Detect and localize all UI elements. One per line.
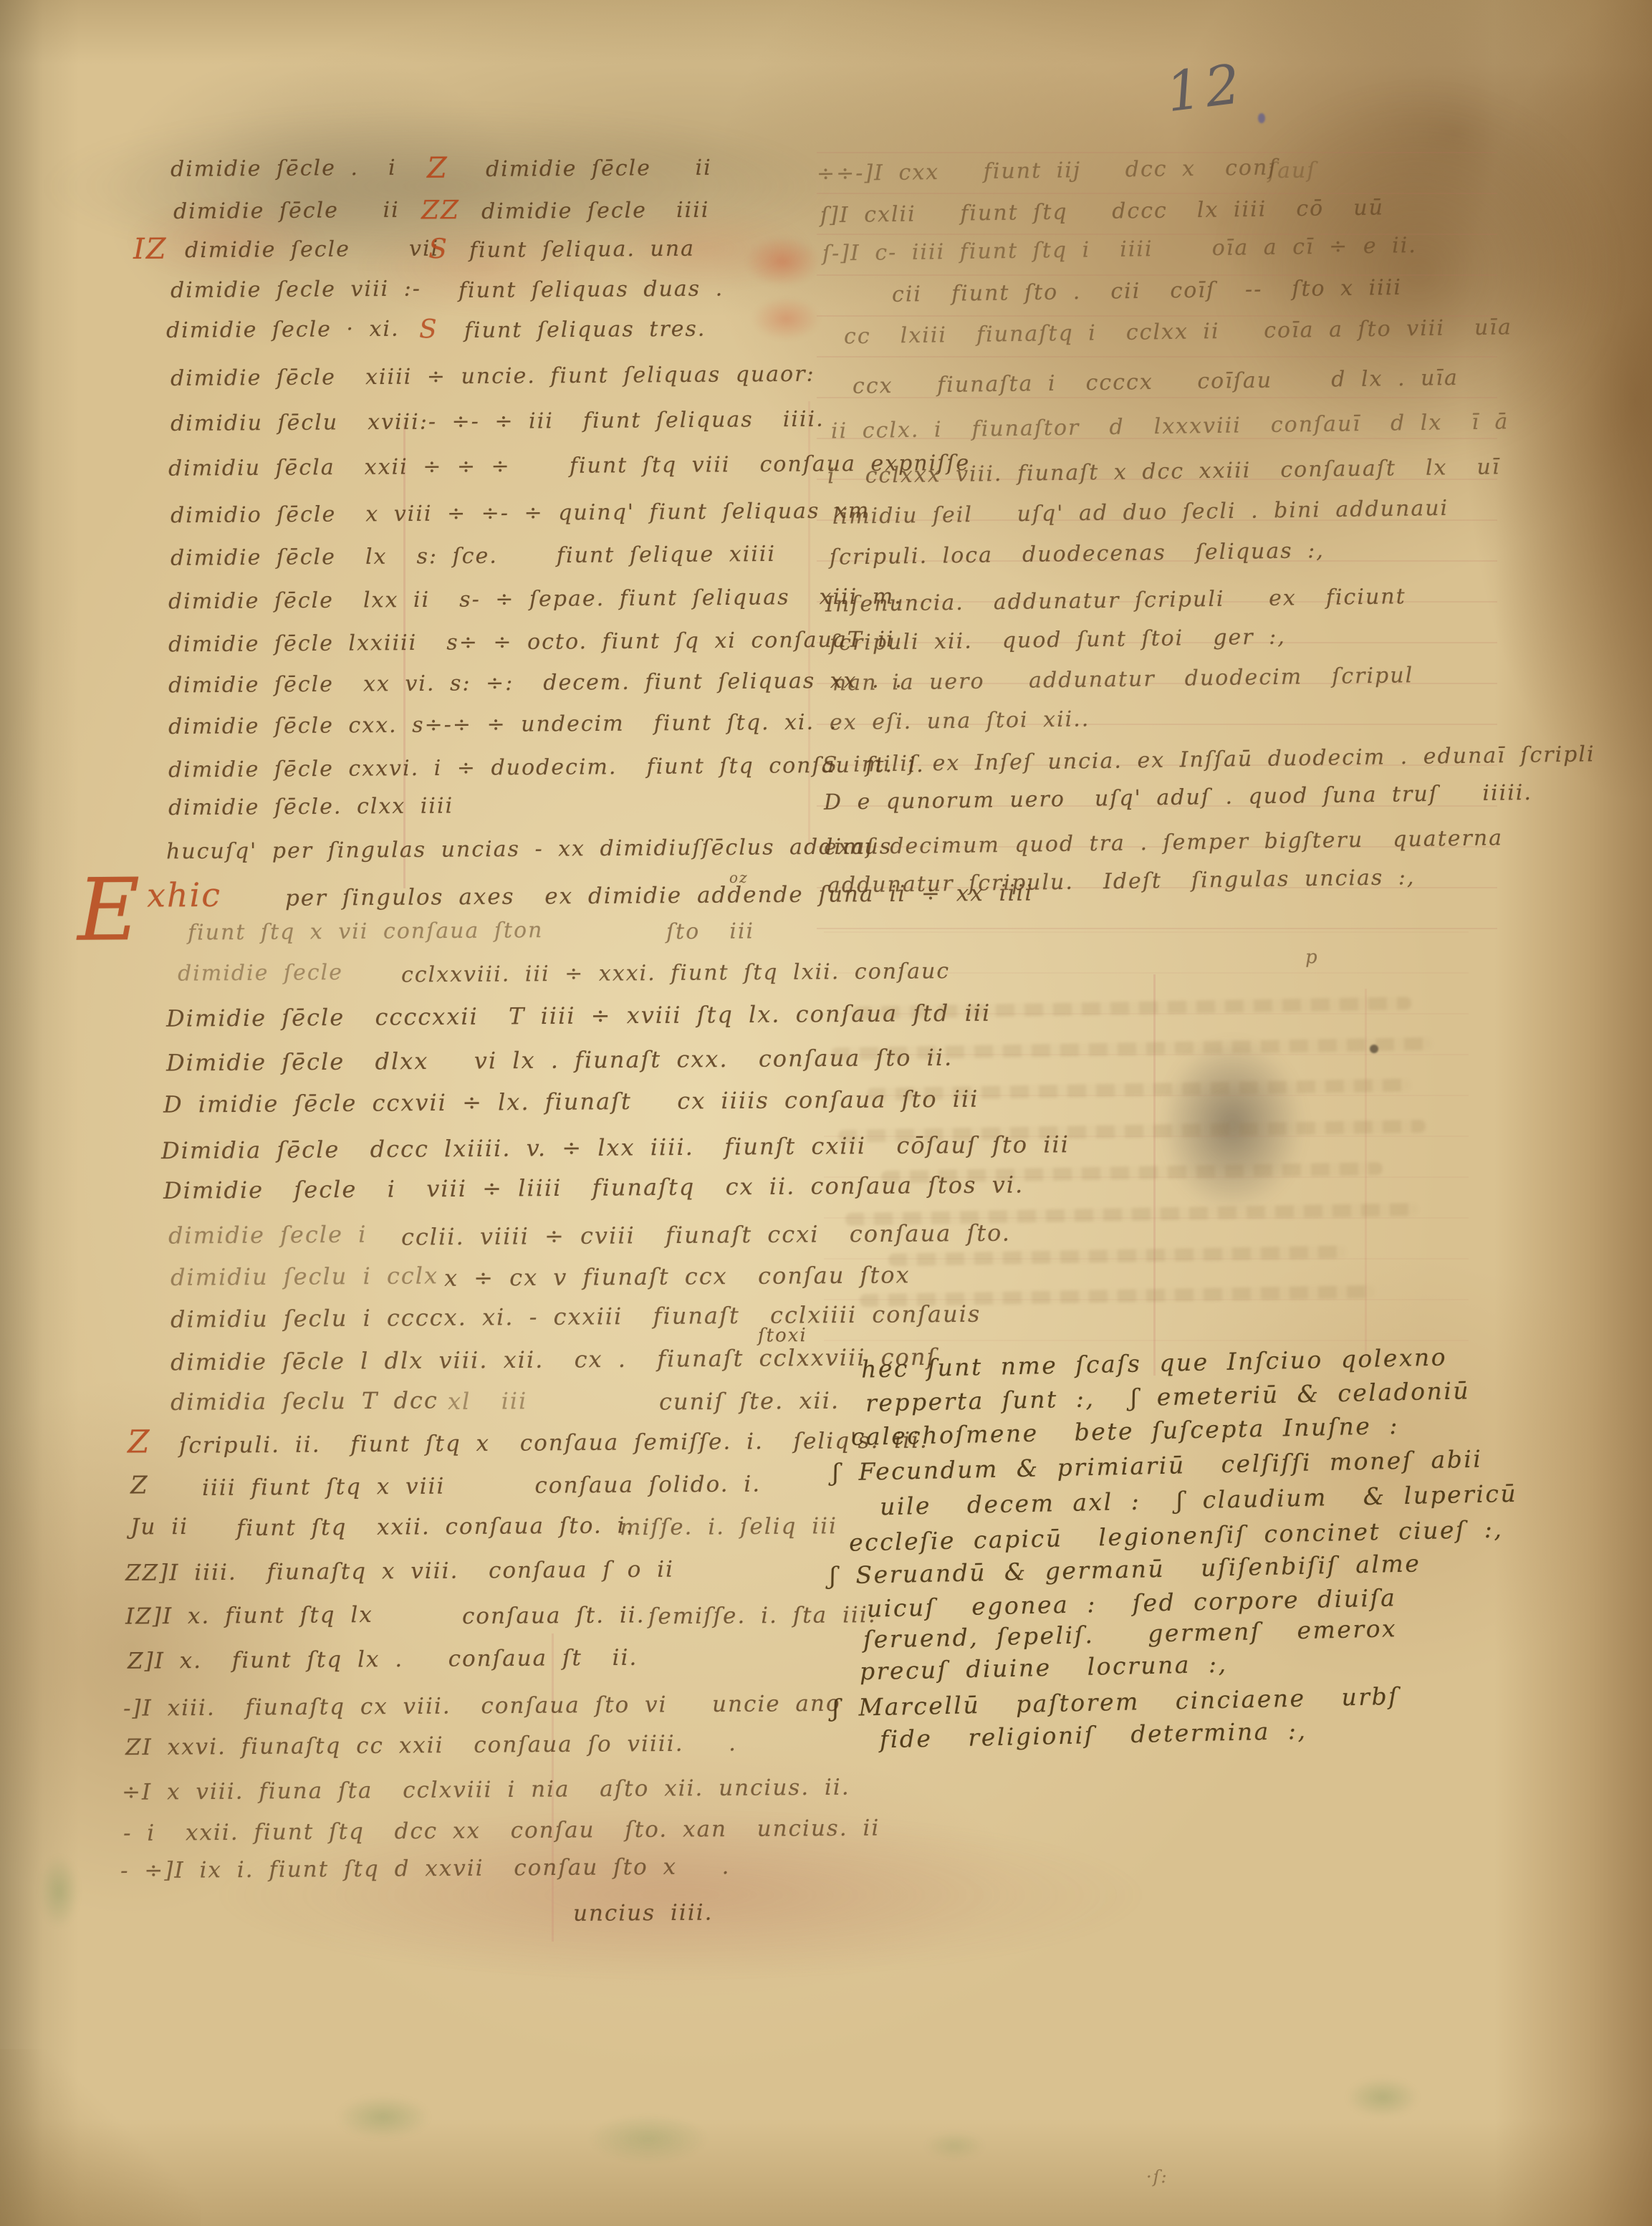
left-column-segment: ſcripuli. ii. fiunt ſtq x conſaua ſemiſſ… [179,1429,928,1458]
left-column-segment: D imidie ſēcle ccxvii ÷ lx. fiunaſt cx i… [163,1087,979,1118]
red-showthrough-mark [752,297,820,340]
right-column-segment: ſcripuli xii. quod ſunt ſtoi ger :, [830,625,1286,655]
right-column-segment: cc lxiii fiunaſtq i cclxx ii coīa a ſto … [844,315,1512,348]
bottom-right-paragraph-segment: repperta ſunt :, ʃ emeteriū & celadoniū [865,1378,1471,1416]
green-smudge [924,2131,985,2160]
left-column-segment: ZI xxvi. fiunaſtq cc xxii conſaua ſo vii… [125,1731,737,1760]
right-column-segment: ſ]I cxlii fiunt ſtq dccc lx iiii cō uū [820,196,1384,227]
left-column-segment: Dimidie ſēcle dlxx vi lx . fiunaſt cxx. … [166,1045,953,1076]
left-column-segment: dimidie ſecle vii [185,237,439,262]
folio-number: 12 [1163,52,1248,125]
right-column-segment: limidiu ſeil uſq' ad duo ſecli . bini ad… [832,496,1449,529]
left-column-segment: fiunt ſeliqua. una [469,237,695,262]
stain-top-right [1218,86,1619,459]
left-column-segment: Z [130,1472,149,1500]
left-column-segment: dimidie ſēcle . i [171,156,397,181]
left-column-segment: dimidie ſēcle ii [486,156,712,181]
left-column-segment: xhic [147,877,221,913]
left-column-segment: oz [729,870,749,886]
bottom-right-paragraph-segment: calechoſmene bete ſuſcepta Inuſne : [851,1413,1400,1450]
right-column-segment: ccx fiunaſta i ccccx coīſau d lx . uīa [853,366,1459,398]
left-column-segment: Z]I x. fiunt ſtq lx . conſaua ſt ii. [128,1646,638,1674]
blue-ink-dot [1258,113,1265,123]
left-column-segment: Z [427,153,448,184]
right-column-segment: ii cclx. i fiunaſtor d lxxxviii conſauī … [831,410,1509,443]
left-column-segment: dimidie ſēcle lx s: ſce. fiunt ſelique x… [171,542,776,570]
left-column-segment: fiunt ſeliquas tres. [464,317,706,342]
right-column-segment: Inſenuncia. addunatur ſcripuli ex ficiun… [825,585,1406,616]
left-column-segment: dimidie ſēcle lxx ii s- ÷ ſepae. fiunt ſ… [168,585,903,613]
left-column-segment: dimidie ſecle iiii [481,198,710,224]
left-column-segment: ſemiſſe. i. ſta iii. [648,1603,877,1628]
left-column-segment: Dimidie ſecle i viii ÷ liiii fiunaſtq cx… [163,1172,1024,1204]
right-column-segment: ſ-]I c- iiii fiunt ſtq i iiii oīa a cī ÷… [822,234,1417,266]
left-column-segment: ſtoxi [758,1325,807,1346]
bottom-right-paragraph-segment: uile decem axl : ʃ claudium & lupericū [880,1481,1518,1520]
left-column-segment: ÷I x viii. fiuna ſta cclxviii i nia aſto… [122,1775,850,1805]
right-column-segment: ÷÷-]I cxx fiunt iij dcc x conſ [817,155,1278,186]
manuscript-page: 12 dimidie ſēcle . iZdimidie ſēcle iidim… [0,0,1652,2226]
ruling-vertical-line [1153,974,1156,1376]
left-column-segment: IZ]I x. fiunt ſtq lx [125,1603,373,1629]
left-column-segment: S [428,234,448,264]
left-column-segment: dimidie ſēcle lxxiiii s÷ ÷ octo. fiunt ſ… [168,628,895,656]
right-column-segment: p [1305,947,1319,968]
ghost-text-line [888,1245,1347,1266]
left-column-segment: dimidie ſēcle cxxvi. i ÷ duodecim. fiunt… [168,753,925,782]
left-column-segment: S [419,315,438,344]
right-column-segment: ex eſi. una ſtoi xii.. [830,707,1090,734]
left-column-segment: dimidiu ſēclu xviii:- ÷- ÷ iii fiunt ſel… [171,408,825,436]
left-column-segment: iiii fiunt ſtq x viii conſaua ſolido. i. [202,1472,761,1501]
left-column-segment: x ÷ cx v fiunaſt ccx conſau ſtox [444,1262,911,1291]
right-column-segment: nan ia uero addunatur duodecim ſcripul [832,663,1414,695]
green-smudge [587,2114,709,2164]
left-column-segment: dimidie ſēcle ii [173,198,400,224]
left-column-segment: fiunt ſtq x vii conſaua ſton [188,918,544,944]
right-column-segment: cii fiunt ſto . cii coīſ -- ſto x iiii [892,276,1402,307]
left-column-segment: dimidie ſecle [178,961,343,986]
green-smudge [39,1856,79,1927]
left-column-segment: IZ [133,234,168,265]
left-column-segment: ZZ [421,196,460,225]
left-column-segment: - ÷]I ix i. fiunt ſtq d xxvii conſau ſto… [120,1854,731,1883]
left-column-segment: dimidie ſecle viii :- [171,277,421,302]
ruling-vertical-line [1365,989,1367,1361]
left-column-segment: miſſe. i. ſeliq iii [620,1514,837,1540]
dark-speck [1370,1045,1378,1053]
left-column-segment: hucuſq' per ſingulas uncias - xx dimidiu… [166,835,892,863]
left-column-segment: -]I xiii. fiunaſtq cx viii. conſaua ſto … [123,1692,841,1721]
left-column-segment: E [77,863,143,959]
left-column-segment: Z [128,1425,151,1460]
corner-crease [0,2049,201,2226]
left-column-segment: dimidie ſēcle l dlx viii. xii. cx . fiun… [171,1345,937,1376]
left-column-segment: dimidia ſeclu T dcc [171,1388,438,1415]
left-column-segment: dimidie ſecle i [168,1222,368,1249]
green-smudge [1347,2078,1418,2117]
left-column-segment: cclxxviii. iii ÷ xxxi. fiunt ſtq lxii. c… [401,959,950,987]
left-column-segment: dimidiu ſeclu i ccccx. xi. - cxxiii fiun… [171,1302,981,1333]
bottom-right-paragraph-segment: ʃ Marcellū paſtorem cinciaene urbſ [832,1684,1400,1722]
left-column-segment: fiunt ſtq xxii. conſaua ſto. i. [236,1513,635,1540]
left-column-segment: - i xxii. fiunt ſtq dcc xx conſau ſto. x… [123,1816,880,1846]
left-column-segment: cclii. viiii ÷ cviii fiunaſt ccxi conſau… [401,1221,1011,1250]
right-column-segment: D e qunorum uero uſq' aduſ . quod ſuna t… [824,781,1532,815]
bottom-right-paragraph-segment: fide religioniſ determina :, [880,1718,1307,1753]
left-column-segment: cuniſ ſte. xii. [659,1388,840,1415]
right-column-segment: S imiliſ ex Inſeſ uncia. ex Inſſaū duode… [822,742,1595,777]
left-column-segment: dimidie ſēcle xx vi. s: ÷: decem. fiunt … [168,668,903,697]
left-column-segment: dimidie ſēcle xiiii ÷ uncie. fiunt ſeliq… [171,363,815,390]
left-column-segment: uncius iiii. [573,1901,714,1926]
marginalia-segment: ·ſ: [1146,2167,1168,2186]
right-column-segment: ſauſ [1268,158,1317,183]
left-column-segment: dimidie ſecle · xi. [166,317,400,342]
green-smudge [337,2096,430,2139]
left-column-segment: xl iii [448,1388,528,1414]
left-column-segment: dimidie ſēcle cxx. s÷-÷ ÷ undecim fiunt … [168,711,837,739]
bottom-right-paragraph-segment: ʃ Seruandū & germanū uſiſenbiſiſ alme [830,1550,1421,1589]
left-column-segment: fiunt ſeliquas duas . [458,277,724,303]
left-column-segment: dimidio ſēcle x viii ÷ ÷- ÷ quinq' fiunt… [171,499,870,527]
left-column-segment: ſto iii [666,919,754,944]
right-column-segment: addunatur ſcripulu. Ideſt ſingulas uncia… [827,865,1416,897]
left-column-segment: Dimidie ſēcle ccccxxii T iiii ÷ xviii ſt… [166,1001,991,1032]
left-column-segment: Ju ii [130,1515,188,1540]
left-column-segment: Dimidia ſēcle dccc lxiiii. v. ÷ lxx iiii… [161,1132,1070,1164]
bottom-right-paragraph-segment: precuſ diuine locruna :, [860,1651,1228,1685]
right-column-segment: exaſ decimum quod tra . ſemper bigſteru … [824,826,1503,859]
bottom-right-paragraph-segment: ʃ Fecundum & primiariū celſiſſi moneſ ab… [832,1447,1483,1486]
bottom-right-paragraph-segment: ſeruend, ſepeliſ. germenſ emerox [863,1616,1398,1653]
bottom-right-paragraph-segment: hec ſunt nme ſcaſs que Inſciuo qolexno [861,1344,1448,1382]
left-column-segment: ZZ]I iiii. fiunaſtq x viii. conſaua ſ o … [125,1558,674,1585]
left-column-segment: dimidie ſēcle. clxx iiii [168,794,453,820]
left-column-segment: dimidiu ſeclu i cclx [171,1263,438,1290]
right-column-segment: ſcripuli. loca duodecenas ſeliquas :, [830,539,1325,570]
left-column-segment: conſaua ſt. ii. [462,1603,645,1628]
red-showthrough-mark [745,236,820,287]
ink-smudge [1161,1039,1304,1211]
